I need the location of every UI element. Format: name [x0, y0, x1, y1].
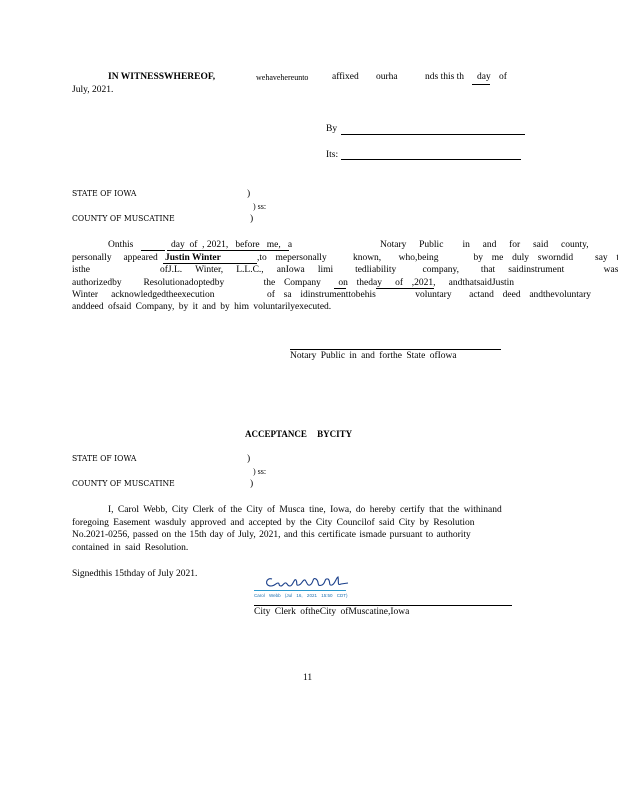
clerk-signature-line	[254, 605, 512, 606]
notary-line-3-start: isthe	[72, 266, 90, 276]
clerk-signature-caption: City Clerk oftheCity ofMuscatine,Iowa	[254, 608, 409, 618]
venue1-paren-top: )	[247, 190, 250, 200]
notary-line-3-end: ofJ.L. Winter, L.L.C., anIowa limi tedli…	[160, 266, 618, 276]
notary-line-1-end: Notary Public in and for said county,	[380, 241, 589, 251]
witness-text-1: wehavehereunto	[256, 74, 308, 82]
clerk-line-4: contained in said Resolution.	[72, 544, 188, 554]
its-signature-line	[341, 159, 521, 160]
its-label: Its:	[326, 151, 338, 161]
clerk-esign-caption: Carol Webb (Jul 16, 2021 15:50 CDT)	[254, 593, 347, 598]
notary-line-5: Winter acknowledgedtheexecution of sa id…	[72, 291, 618, 301]
notary-line-4: authorizedby Resolutionadoptedby the Com…	[72, 279, 514, 289]
venue2-paren-bottom: )	[250, 480, 253, 490]
witness-text-2: affixed	[332, 73, 359, 83]
page-number: 11	[303, 674, 312, 684]
notary-justin-underline	[376, 288, 434, 289]
notary-of-underline	[334, 288, 346, 289]
witness-date-line: July, 2021.	[72, 86, 113, 96]
clerk-signature-image	[262, 574, 352, 590]
notary-line-2-end: ,to mepersonally known, who,being by me …	[257, 254, 618, 264]
notary-day-blank	[141, 250, 165, 251]
venue2-paren-top: )	[247, 455, 250, 465]
clerk-esign-line	[254, 590, 346, 591]
clerk-line-1: I, Carol Webb, City Clerk of the City of…	[108, 506, 502, 516]
witness-lead: IN WITNESSWHEREOF,	[108, 73, 215, 83]
witness-text-5: of	[499, 73, 507, 83]
signed-date: Signedthis 15thday of July 2021.	[72, 570, 197, 580]
venue1-county: COUNTY OF MUSCATINE	[72, 215, 175, 224]
venue1-state: STATE OF IOWA	[72, 190, 136, 199]
by-signature-line	[341, 134, 525, 135]
venue2-state: STATE OF IOWA	[72, 455, 136, 464]
witness-text-3: ourha	[376, 73, 398, 83]
clerk-line-2: foregoing Easement wasduly approved and …	[72, 519, 475, 529]
notary-line-2-start: personally appeared	[72, 254, 158, 264]
witness-text-4: nds this th	[425, 73, 464, 83]
notary-line-6: anddeed ofsaid Company, by it and by him…	[72, 303, 331, 313]
venue2-ss: ) ss:	[253, 468, 266, 476]
venue2-county: COUNTY OF MUSCATINE	[72, 480, 175, 489]
notary-signature-line	[290, 349, 501, 350]
by-label: By	[326, 125, 337, 135]
clerk-line-3: No.2021-0256, passed on the 15th day of …	[72, 531, 471, 541]
notary-date-underline	[167, 250, 289, 251]
witness-day-word: day	[477, 73, 491, 83]
acceptance-title: ACCEPTANCE BYCITY	[245, 430, 352, 439]
notary-signature-caption: Notary Public in and forthe State ofIowa	[290, 352, 457, 362]
venue1-paren-bottom: )	[250, 215, 253, 225]
notary-name-underline	[163, 263, 257, 264]
notary-line-1-start: Onthis	[108, 241, 133, 251]
venue1-ss: ) ss:	[253, 203, 266, 211]
witness-day-underline	[472, 84, 490, 85]
